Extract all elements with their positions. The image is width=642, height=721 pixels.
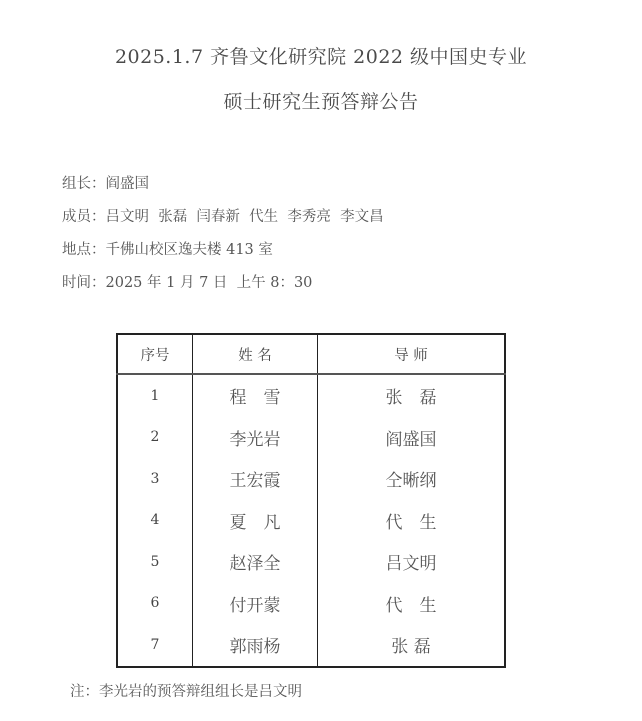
header-advisor: 导 师 — [318, 334, 506, 374]
time-label: 时间： — [62, 275, 106, 291]
row-number: 1 — [117, 374, 193, 417]
location-value: 千佛山校区逸夫楼 413 室 — [106, 242, 273, 258]
footnote: 注：李光岩的预答辩组组长是吕文明 — [70, 680, 302, 701]
advisor-name: 吕文明 — [318, 541, 506, 583]
table-row: 4 夏 凡 代 生 — [117, 500, 505, 542]
row-number: 3 — [117, 458, 193, 500]
time-value: 2025 年 1 月 7 日 上午 8：30 — [106, 275, 313, 291]
advisor-name: 代 生 — [318, 583, 506, 625]
student-name: 李光岩 — [193, 417, 318, 459]
student-name: 夏 凡 — [193, 500, 318, 542]
defense-time: 时间：2025 年 1 月 7 日 上午 8：30 — [62, 271, 312, 292]
row-number: 2 — [117, 417, 193, 459]
table-row: 2 李光岩 阎盛国 — [117, 417, 505, 459]
table-row: 1 程 雪 张 磊 — [117, 374, 505, 417]
table-header-row: 序号 姓 名 导 师 — [117, 334, 505, 374]
location-label: 地点： — [62, 242, 106, 258]
student-name: 郭雨杨 — [193, 624, 318, 667]
student-name: 王宏霞 — [193, 458, 318, 500]
student-name: 付开蒙 — [193, 583, 318, 625]
advisor-name: 张 磊 — [318, 624, 506, 667]
defense-location: 地点：千佛山校区逸夫楼 413 室 — [62, 238, 273, 259]
members-label: 成员： — [62, 209, 106, 225]
advisor-name: 阎盛国 — [318, 417, 506, 459]
student-name: 程 雪 — [193, 374, 318, 417]
table-row: 7 郭雨杨 张 磊 — [117, 624, 505, 667]
row-number: 4 — [117, 500, 193, 542]
advisor-name: 张 磊 — [318, 374, 506, 417]
student-roster-table: 序号 姓 名 导 师 1 程 雪 张 磊 2 李光岩 阎盛国 3 王宏霞 仝晰纲… — [116, 333, 506, 668]
student-name: 赵泽全 — [193, 541, 318, 583]
members-value: 吕文明 张磊 闫春新 代生 李秀亮 李文昌 — [106, 209, 384, 225]
header-number: 序号 — [117, 334, 193, 374]
advisor-name: 代 生 — [318, 500, 506, 542]
leader-value: 阎盛国 — [106, 176, 150, 192]
header-name: 姓 名 — [193, 334, 318, 374]
leader-label: 组长： — [62, 176, 106, 192]
committee-members: 成员：吕文明 张磊 闫春新 代生 李秀亮 李文昌 — [62, 205, 384, 226]
advisor-name: 仝晰纲 — [318, 458, 506, 500]
announcement-title-line1: 2025.1.7 齐鲁文化研究院 2022 级中国史专业 — [0, 42, 642, 69]
row-number: 5 — [117, 541, 193, 583]
committee-leader: 组长：阎盛国 — [62, 172, 149, 193]
row-number: 6 — [117, 583, 193, 625]
table-row: 6 付开蒙 代 生 — [117, 583, 505, 625]
table-row: 3 王宏霞 仝晰纲 — [117, 458, 505, 500]
announcement-title-line2: 硕士研究生预答辩公告 — [0, 87, 642, 114]
table-row: 5 赵泽全 吕文明 — [117, 541, 505, 583]
row-number: 7 — [117, 624, 193, 667]
